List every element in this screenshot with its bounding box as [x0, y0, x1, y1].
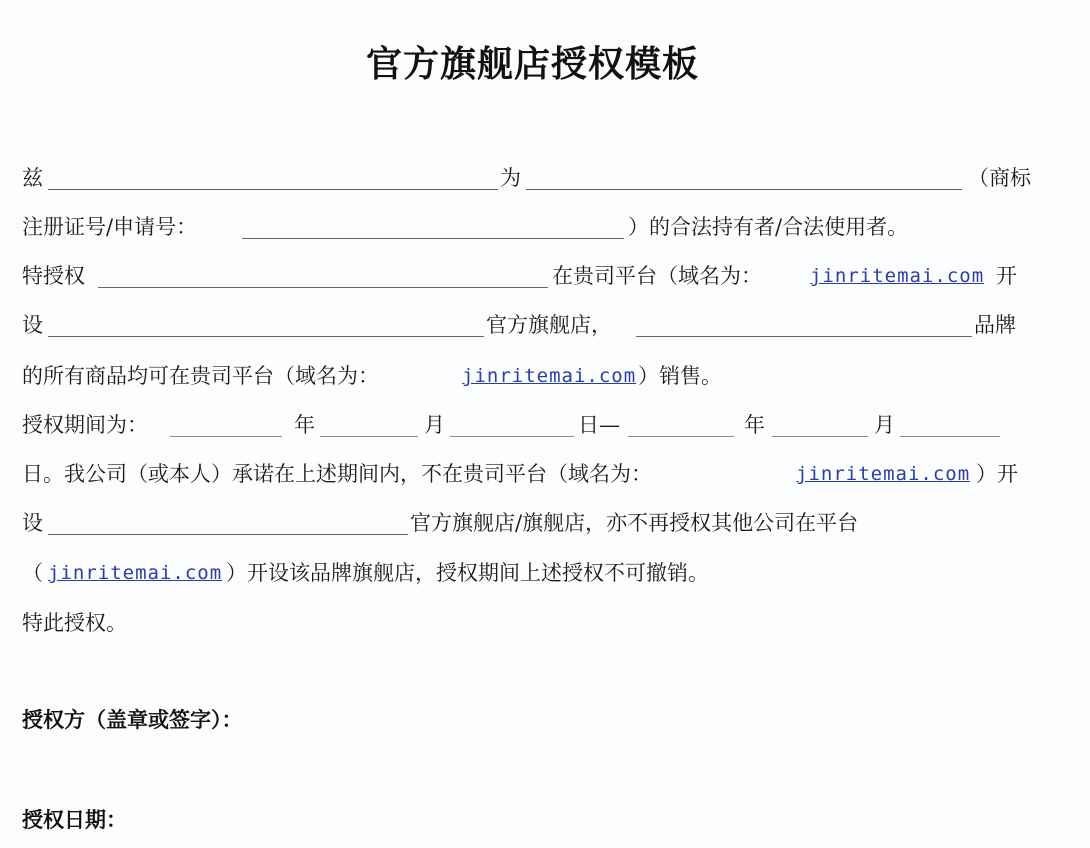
blank-end-year[interactable] [628, 436, 734, 437]
text-kai: ）开 [976, 458, 1018, 490]
text-legal-holder: ）的合法持有者/合法使用者。 [628, 211, 908, 243]
line-2: 注册证号/申请号： ）的合法持有者/合法使用者。 [22, 211, 1082, 243]
blank-start-day[interactable] [450, 436, 574, 437]
blank-licensee[interactable] [98, 287, 548, 288]
text-kai: 开 [996, 260, 1017, 292]
text-day-dash: 日— [578, 409, 620, 441]
link-jinritemai[interactable]: jinritemai.com [462, 360, 636, 392]
line-6: 授权期间为： 年 月 日— 年 月 [22, 409, 1082, 441]
blank-licensor[interactable] [48, 189, 498, 190]
text-te-shouquan: 特授权 [22, 260, 85, 292]
blank-end-day[interactable] [900, 436, 1000, 437]
link-jinritemai[interactable]: jinritemai.com [48, 557, 222, 589]
text-all-products: 的所有商品均可在贵司平台（域名为： [22, 360, 379, 392]
line-8: 设 官方旗舰店/旗舰店，亦不再授权其他公司在平台 [22, 507, 1082, 539]
text-trademark-open: （商标 [968, 162, 1031, 194]
blank-store-name[interactable] [48, 336, 484, 337]
text-year: 年 [744, 409, 765, 441]
text-brand: 品牌 [974, 309, 1016, 341]
text-no-other-auth: 官方旗舰店/旗舰店，亦不再授权其他公司在平台 [410, 507, 858, 539]
link-jinritemai[interactable]: jinritemai.com [810, 260, 984, 292]
line-10: 特此授权。 [22, 607, 1082, 639]
text-month: 月 [874, 409, 895, 441]
text-reg-no-label: 注册证号/申请号： [22, 211, 197, 243]
text-irrevocable: ）开设该品牌旗舰店，授权期间上述授权不可撤销。 [226, 557, 709, 589]
blank-start-year[interactable] [170, 436, 282, 437]
text-sale: ）销售。 [638, 360, 722, 392]
line-7: 日。我公司（或本人）承诺在上述期间内，不在贵司平台（域名为： jinritema… [22, 458, 1082, 490]
blank-trademark[interactable] [526, 189, 962, 190]
text-month: 月 [424, 409, 445, 441]
authorization-date-label: 授权日期： [22, 804, 127, 834]
text-hereby: 特此授权。 [22, 607, 127, 639]
line-3: 特授权 在贵司平台（域名为： jinritemai.com 开 [22, 260, 1082, 292]
blank-brand[interactable] [636, 336, 972, 337]
blank-end-month[interactable] [772, 436, 868, 437]
grantor-signature-label: 授权方（盖章或签字）： [22, 704, 243, 734]
text-she: 设 [22, 309, 43, 341]
blank-reg-no[interactable] [242, 238, 624, 239]
line-1: 兹 为 （商标 [22, 162, 1082, 194]
line-9: （ jinritemai.com ）开设该品牌旗舰店，授权期间上述授权不可撤销。 [22, 557, 1082, 589]
blank-start-month[interactable] [320, 436, 418, 437]
line-5: 的所有商品均可在贵司平台（域名为： jinritemai.com ）销售。 [22, 360, 1082, 392]
text-year: 年 [294, 409, 315, 441]
text-period-label: 授权期间为： [22, 409, 148, 441]
document-title: 官方旗舰店授权模板 [0, 36, 1065, 87]
text-official-store: 官方旗舰店， [486, 309, 612, 341]
line-4: 设 官方旗舰店， 品牌 [22, 309, 1082, 341]
blank-store-name-2[interactable] [48, 534, 408, 535]
text-zi: 兹 [22, 162, 43, 194]
text-she: 设 [22, 507, 43, 539]
text-platform-domain: 在贵司平台（域名为： [552, 260, 762, 292]
link-jinritemai[interactable]: jinritemai.com [796, 458, 970, 490]
text-wei: 为 [500, 162, 521, 194]
text-paren-open: （ [22, 557, 43, 589]
text-commitment: 日。我公司（或本人）承诺在上述期间内，不在贵司平台（域名为： [22, 458, 652, 490]
